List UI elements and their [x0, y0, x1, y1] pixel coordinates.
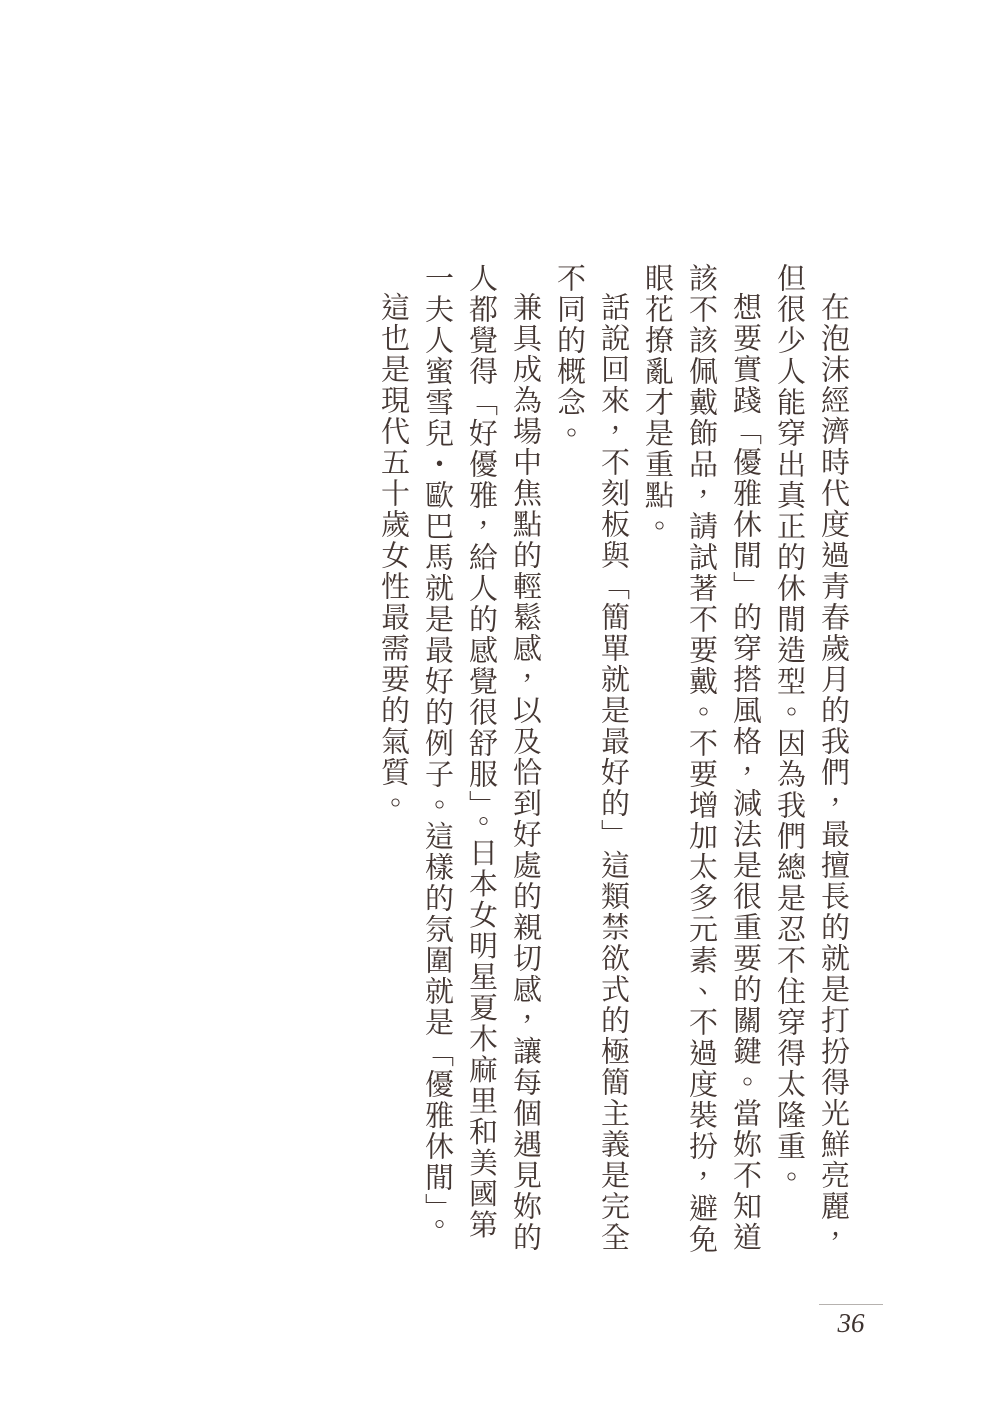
paragraph-5: 這也是現代五十歲女性最需要的氣質。	[371, 263, 415, 1263]
paragraph-4: 兼具成為場中焦點的輕鬆感，以及恰到好處的親切感，讓每個遇見妳的人都覺得「好優雅，…	[415, 263, 547, 1263]
paragraph-2: 想要實踐「優雅休閒」的穿搭風格，減法是很重要的關鍵。當妳不知道該不該佩戴飾品，請…	[635, 263, 767, 1263]
vertical-text-block: 在泡沫經濟時代度過青春歲月的我們，最擅長的就是打扮得光鮮亮麗，但很少人能穿出真正…	[371, 263, 855, 1263]
book-page: 在泡沫經濟時代度過青春歲月的我們，最擅長的就是打扮得光鮮亮麗，但很少人能穿出真正…	[0, 0, 1000, 1402]
paragraph-3: 話說回來，不刻板與「簡單就是最好的」這類禁欲式的極簡主義是完全不同的概念。	[547, 263, 635, 1263]
paragraph-1: 在泡沫經濟時代度過青春歲月的我們，最擅長的就是打扮得光鮮亮麗，但很少人能穿出真正…	[767, 263, 855, 1263]
page-footer: 36	[819, 1304, 883, 1339]
page-number: 36	[819, 1308, 883, 1339]
footer-divider	[819, 1304, 883, 1305]
